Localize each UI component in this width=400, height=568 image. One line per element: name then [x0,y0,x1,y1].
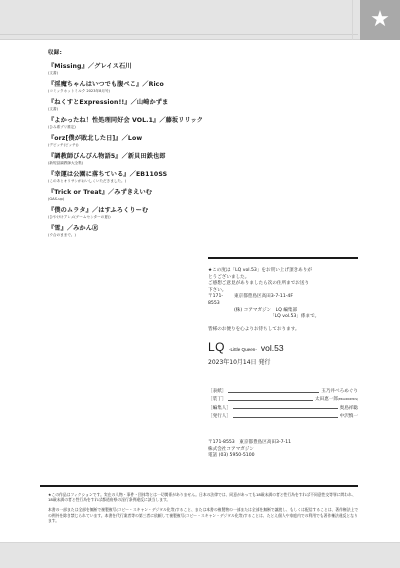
entry-source: (コミックホットミルク 2023年8月号) [48,89,218,94]
list-item: 『僕のムラタ』／はすふろくりーむ (ひやけけアレメ(ゲームセンターの夏)) [48,207,218,220]
list-item: 『調教師びんびん物語5』／新貝田鉄也郎 (新短話調教師大全集) [48,153,218,166]
credit-name: 奥島祥聡 [340,405,358,413]
credit-name: 中沢慎一 [340,413,358,421]
toolbar-vertical-divider [352,0,353,40]
entry-source: (デビッチ(ビッチ)) [48,143,218,148]
notice-zip: 〒171-8553 [208,294,234,307]
bottom-toolbar [0,542,400,568]
entry-title: 『淫魔ちゃんはいつでも腹ぺこ』／Rico [48,81,218,89]
copyright-notice: 本書の一部または全部を無断で複製複写(コピー・スキャン・デジタル化等)すること、… [48,507,360,523]
entry-title: 『よかったね！性処理同好会 VOL.1』／藤坂リリック [48,117,218,125]
credit-role: ［装丁］ [208,396,226,404]
legal-footer: ★この作品はフィクションです。実在の人物・事件・団体等とは一切関係がありません。… [48,492,360,528]
list-item: 『ねくすとExpression!!』／山崎かずま (文書) [48,99,218,112]
notice-line: ★この度は「LQ vol.53」をお買い上げ頂きありが [208,268,358,275]
publisher-address: 〒171-8553 東京都豊島区高田3-7-11 [208,440,358,447]
credit-name: 玉乃井べろめぐり [321,388,358,396]
magazine-volume: vol.53 [261,343,284,353]
list-item: 『よかったね！性処理同好会 VOL.1』／藤坂リリック (ひみ系ブリ推定) [48,117,218,130]
reader-notice: ★この度は「LQ vol.53」をお買い上げ頂きありが とうございました。 ご感… [208,268,358,333]
magazine-name: LQ [208,340,225,354]
publication-date: 2023年10月14日 発行 [208,357,270,366]
entry-source: (ひやけけアレメ(ゲームセンターの夏)) [48,215,218,220]
publisher-info: 〒171-8553 東京都豊島区高田3-7-11 株式会社コアマガジン 電話 (… [208,440,358,460]
credit-row: ［発行人］ 中沢慎一 [208,413,358,421]
notice-address: 東京都豊島区高田3-7-11-4F [234,294,293,307]
credit-role: ［編集人］ [208,405,231,413]
entry-title: 『幸運は公園に落ちている』／EB110SS [48,171,218,179]
entry-source: (このあとオリサンがおいしくいただきました。) [48,179,218,184]
entry-source: (GAS-up) [48,197,218,202]
dotted-leader [233,408,338,409]
fiction-notice: ★この作品はフィクションです。実在の人物・事件・団体等とは一切関係がありません。… [48,492,360,502]
list-item: 『Trick or Treat』／みずきえいむ (GAS-up) [48,189,218,202]
notice-closing: 皆様のお便りを心よりお待ちしております。 [208,327,358,334]
entry-source: (ウ合のままで。) [48,233,218,238]
credit-row: ［表紙］ 玉乃井べろめぐり [208,388,358,396]
credit-row: ［編集人］ 奥島祥聡 [208,405,358,413]
bookmark-button[interactable]: ★ [360,0,400,40]
entry-source: (文書) [48,71,218,76]
credit-role: ［表紙］ [208,388,226,396]
notice-attention: 「LQ vol.53」係まで。 [208,314,358,321]
dotted-leader [228,400,313,401]
magazine-title: LQ -Little Queen- vol.53 [208,340,284,354]
entry-title: 『調教師びんびん物語5』／新貝田鉄也郎 [48,153,218,161]
entry-title: 『ねくすとExpression!!』／山崎かずま [48,99,218,107]
contents-heading: 収録: [48,48,218,56]
toolbar-divider [0,34,358,35]
entry-title: 『雪』／みかん🄬 [48,225,218,233]
dotted-leader [228,392,319,393]
section-divider [208,257,358,259]
list-item: 『Missing』／グレイス石川 (文書) [48,63,218,76]
footer-divider [40,485,358,487]
list-item: 『幸運は公園に落ちている』／EB110SS (このあとオリサンがおいしくいただき… [48,171,218,184]
entry-title: 『Missing』／グレイス石川 [48,63,218,71]
entry-source: (ひみ系ブリ推定) [48,125,218,130]
credits-list: ［表紙］ 玉乃井べろめぐり ［装丁］ 太田恵一郎(ERGONOMICS) ［編集… [208,388,358,421]
top-toolbar: ★ [0,0,400,40]
star-icon: ★ [370,9,390,31]
credit-name: 太田恵一郎(ERGONOMICS) [315,396,358,404]
credit-role: ［発行人］ [208,413,231,421]
notice-address-row: 〒171-8553 東京都豊島区高田3-7-11-4F [208,294,358,307]
entry-title: 『Trick or Treat』／みずきえいむ [48,189,218,197]
entry-title: 『僕のムラタ』／はすふろくりーむ [48,207,218,215]
entry-source: (文書) [48,107,218,112]
magazine-subtitle: -Little Queen- [229,347,257,352]
dotted-leader [233,417,338,418]
entry-title: 『orz[僕が敗北した日]』／Low [48,135,218,143]
contents-list: 収録: 『Missing』／グレイス石川 (文書) 『淫魔ちゃんはいつでも腹ぺこ… [48,48,218,243]
credit-name-note: (ERGONOMICS) [338,398,358,401]
notice-line: ご感想ご意見がありましたら次の住所までお送り [208,281,358,288]
entry-source: (新短話調教師大全集) [48,161,218,166]
list-item: 『orz[僕が敗北した日]』／Low (デビッチ(ビッチ)) [48,135,218,148]
list-item: 『雪』／みかん🄬 (ウ合のままで。) [48,225,218,238]
publisher-phone: 電話 (03) 5950-5100 [208,453,358,460]
list-item: 『淫魔ちゃんはいつでも腹ぺこ』／Rico (コミックホットミルク 2023年8月… [48,81,218,94]
credit-row: ［装丁］ 太田恵一郎(ERGONOMICS) [208,396,358,404]
